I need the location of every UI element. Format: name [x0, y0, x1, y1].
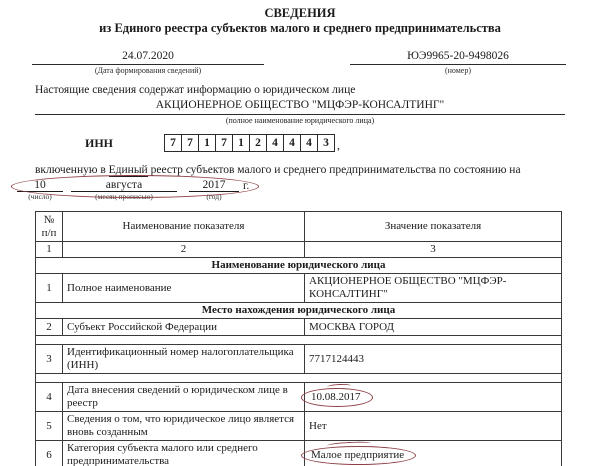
as-of-year-label: (год) — [189, 192, 239, 201]
table-row: 2 Субъект Российской Федерации МОСКВА ГО… — [36, 319, 562, 336]
inn-digit: 7 — [215, 134, 233, 152]
as-of-month: августа — [71, 179, 177, 192]
as-of-day: 10 — [17, 179, 63, 192]
as-of-fields: 10 августа 2017 г. — [17, 179, 565, 192]
company-name-label: (полное наименование юридического лица) — [35, 115, 565, 125]
colnum-1: 1 — [36, 242, 63, 258]
as-of-month-label: (месяц прописью) — [71, 192, 177, 201]
date-number-row: 24.07.2020 (Дата формирования сведений) … — [35, 50, 565, 75]
header-num: № п/п — [36, 212, 63, 242]
inn-comma: , — [337, 138, 340, 153]
intro-line: Настоящие сведения содержат информацию о… — [35, 84, 565, 96]
inn-digit: 1 — [198, 134, 216, 152]
document-title-block: СВЕДЕНИЯ из Единого реестра субъектов ма… — [35, 6, 565, 36]
row-number: 5 — [36, 412, 63, 441]
section-title-name: Наименование юридического лица — [36, 258, 562, 274]
row-name: Сведения о том, что юридическое лицо явл… — [63, 412, 305, 441]
section-row: Наименование юридического лица — [36, 258, 562, 274]
table-header-row: № п/п Наименование показателя Значение п… — [36, 212, 562, 242]
table-row: 3 Идентификационный номер налогоплательщ… — [36, 345, 562, 374]
as-of-date-block: 10 августа 2017 г. (число) (месяц пропис… — [17, 179, 565, 201]
header-value: Значение показателя — [305, 212, 562, 242]
spacer-row — [36, 336, 562, 345]
formation-date-label: (Дата формирования сведений) — [32, 65, 264, 75]
circled-value: 10.08.2017 — [309, 391, 363, 404]
as-of-year: 2017 — [189, 179, 239, 192]
inn-digit: 4 — [283, 134, 301, 152]
as-of-day-label: (число) — [17, 192, 63, 201]
table-row: 4 Дата внесения сведений о юридическом л… — [36, 383, 562, 412]
row-number: 2 — [36, 319, 63, 336]
inn-label: ИНН — [85, 136, 113, 151]
included-prefix: включенную в — [35, 164, 109, 176]
inn-digit: 1 — [232, 134, 250, 152]
row-value-text: 10.08.2017 — [311, 391, 361, 403]
row-name: Субъект Российской Федерации — [63, 319, 305, 336]
formation-date-value: 24.07.2020 — [32, 50, 264, 65]
row-value: 10.08.2017 — [305, 383, 562, 412]
circled-value: Малое предприятие — [309, 449, 406, 462]
row-value: АКЦИОНЕРНОЕ ОБЩЕСТВО "МЦФЭР-КОНСАЛТИНГ" — [305, 274, 562, 303]
inn-digit-boxes: 7 7 1 7 1 2 4 4 4 3 — [165, 134, 335, 152]
included-underlined-word: Единый — [109, 164, 148, 177]
document-number-label: (номер) — [350, 65, 566, 75]
table-row: 6 Категория субъекта малого или среднего… — [36, 441, 562, 466]
formation-date-block: 24.07.2020 (Дата формирования сведений) — [32, 50, 264, 75]
spacer-row — [36, 374, 562, 383]
document-page: СВЕДЕНИЯ из Единого реестра субъектов ма… — [0, 0, 600, 466]
row-value: МОСКВА ГОРОД — [305, 319, 562, 336]
section-title-location: Место нахождения юридического лица — [36, 303, 562, 319]
included-line: включенную в Единый реестр субъектов мал… — [35, 164, 565, 176]
header-name: Наименование показателя — [63, 212, 305, 242]
row-number: 6 — [36, 441, 63, 466]
pen-stroke-annotation — [327, 383, 351, 389]
document-title: СВЕДЕНИЯ — [35, 6, 565, 21]
document-number-block: ЮЭ9965-20-9498026 (номер) — [350, 50, 566, 75]
inn-digit: 4 — [300, 134, 318, 152]
row-number: 1 — [36, 274, 63, 303]
row-name: Категория субъекта малого или среднего п… — [63, 441, 305, 466]
as-of-labels: (число) (месяц прописью) (год) — [17, 192, 565, 201]
pen-stroke-annotation — [327, 440, 371, 447]
row-name: Идентификационный номер налогоплательщик… — [63, 345, 305, 374]
row-value: Нет — [305, 412, 562, 441]
document-number-value: ЮЭ9965-20-9498026 — [350, 50, 566, 65]
inn-digit: 4 — [266, 134, 284, 152]
inn-row: ИНН 7 7 1 7 1 2 4 4 4 3 , — [35, 133, 565, 153]
colnum-3: 3 — [305, 242, 562, 258]
inn-digit: 7 — [181, 134, 199, 152]
included-suffix: реестр субъектов малого и среднего предп… — [148, 164, 521, 176]
row-value-text: Малое предприятие — [311, 449, 404, 461]
table-row: 5 Сведения о том, что юридическое лицо я… — [36, 412, 562, 441]
row-number: 4 — [36, 383, 63, 412]
document-subtitle: из Единого реестра субъектов малого и ср… — [35, 21, 565, 36]
inn-digit: 3 — [317, 134, 335, 152]
row-value: 7717124443 — [305, 345, 562, 374]
row-name: Полное наименование — [63, 274, 305, 303]
section-row: Место нахождения юридического лица — [36, 303, 562, 319]
inn-digit: 7 — [164, 134, 182, 152]
inn-digit: 2 — [249, 134, 267, 152]
row-name: Дата внесения сведений о юридическом лиц… — [63, 383, 305, 412]
company-name-line: АКЦИОНЕРНОЕ ОБЩЕСТВО "МЦФЭР-КОНСАЛТИНГ" — [35, 99, 565, 115]
as-of-year-suffix: г. — [243, 180, 249, 192]
row-value: Малое предприятие — [305, 441, 562, 466]
row-number: 3 — [36, 345, 63, 374]
column-numbers-row: 1 2 3 — [36, 242, 562, 258]
colnum-2: 2 — [63, 242, 305, 258]
registry-table: № п/п Наименование показателя Значение п… — [35, 211, 562, 466]
table-row: 1 Полное наименование АКЦИОНЕРНОЕ ОБЩЕСТ… — [36, 274, 562, 303]
